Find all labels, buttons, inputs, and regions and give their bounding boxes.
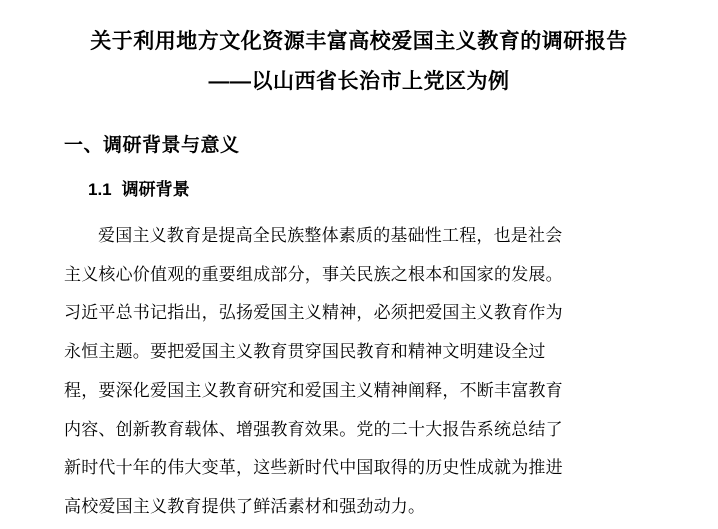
paragraph-line: 程，要深化爱国主义教育研究和爱国主义精神阐释，不断丰富教育 <box>64 372 654 411</box>
paragraph-line: 内容、创新教育载体、增强教育效果。党的二十大报告系统总结了 <box>64 411 654 450</box>
subsection-heading: 1.1调研背景 <box>88 180 654 199</box>
section-heading: 一、调研背景与意义 <box>64 136 654 156</box>
paragraph-line: 永恒主题。要把爱国主义教育贯穿国民教育和精神文明建设全过 <box>64 333 654 372</box>
document-title-line-1: 关于利用地方文化资源丰富高校爱国主义教育的调研报告 <box>64 30 654 54</box>
document-title-line-2: ——以山西省长治市上党区为例 <box>64 70 654 94</box>
paragraph-line: 高校爱国主义教育提供了鲜活素材和强劲动力。 <box>64 488 654 527</box>
document-page: 关于利用地方文化资源丰富高校爱国主义教育的调研报告 ——以山西省长治市上党区为例… <box>0 0 718 529</box>
subsection-title: 调研背景 <box>122 180 190 199</box>
paragraph-line: 爱国主义教育是提高全民族整体素质的基础性工程，也是社会 <box>64 217 654 256</box>
body-paragraph: 爱国主义教育是提高全民族整体素质的基础性工程，也是社会 主义核心价值观的重要组成… <box>64 217 654 527</box>
paragraph-line: 习近平总书记指出，弘扬爱国主义精神，必须把爱国主义教育作为 <box>64 294 654 333</box>
document-title: 关于利用地方文化资源丰富高校爱国主义教育的调研报告 ——以山西省长治市上党区为例 <box>64 0 654 94</box>
paragraph-line: 主义核心价值观的重要组成部分，事关民族之根本和国家的发展。 <box>64 256 654 295</box>
paragraph-line: 新时代十年的伟大变革，这些新时代中国取得的历史性成就为推进 <box>64 449 654 488</box>
subsection-number: 1.1 <box>88 180 112 199</box>
